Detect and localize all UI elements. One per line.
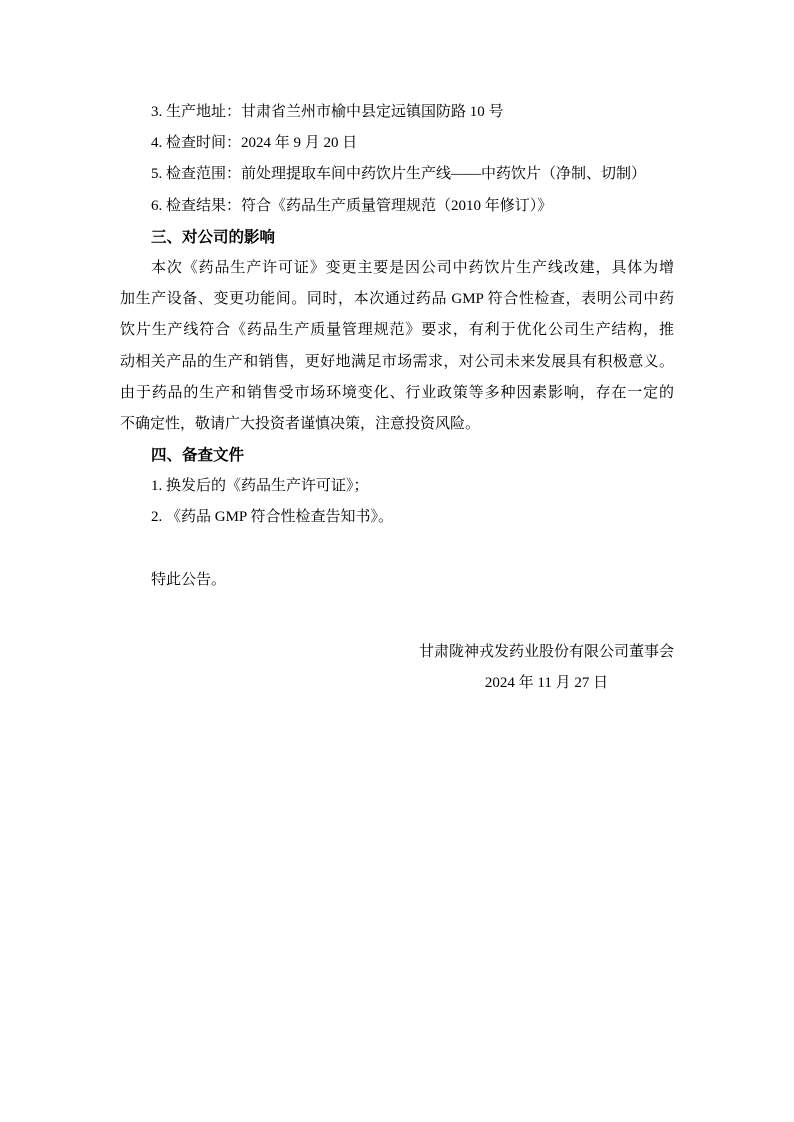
impact-paragraph-line-5: 由于药品的生产和销售受市场环境变化、行业政策等多种因素影响，存在一定的 xyxy=(120,378,674,409)
impact-paragraph-line-1: 本次《药品生产许可证》变更主要是因公司中药饮片生产线改建，具体为增 xyxy=(120,253,674,284)
impact-paragraph-line-2: 加生产设备、变更功能间。同时，本次通过药品 GMP 符合性检查，表明公司中药 xyxy=(120,284,674,315)
spacer-line xyxy=(120,596,674,627)
impact-paragraph-line-4: 动相关产品的生产和销售，更好地满足市场需求，对公司未来发展具有积极意义。 xyxy=(120,347,674,378)
inspection-item-3: 3. 生产地址：甘肃省兰州市榆中县定远镇国防路 10 号 xyxy=(120,97,674,128)
spacer-line xyxy=(120,534,674,565)
closing-statement: 特此公告。 xyxy=(120,565,674,596)
section-heading-impact: 三、对公司的影响 xyxy=(120,222,674,253)
inspection-item-5: 5. 检查范围：前处理提取车间中药饮片生产线——中药饮片（净制、切制） xyxy=(120,159,674,190)
inspection-item-4: 4. 检查时间：2024 年 9 月 20 日 xyxy=(120,128,674,159)
impact-paragraph-line-3: 饮片生产线符合《药品生产质量管理规范》要求，有利于优化公司生产结构，推 xyxy=(120,315,674,346)
impact-paragraph-line-6: 不确定性，敬请广大投资者谨慎决策，注意投资风险。 xyxy=(120,409,674,440)
reference-doc-item-2: 2. 《药品 GMP 符合性检查告知书》。 xyxy=(120,502,674,533)
section-heading-reference-docs: 四、备查文件 xyxy=(120,440,674,471)
announcement-page: 3. 生产地址：甘肃省兰州市榆中县定远镇国防路 10 号 4. 检查时间：202… xyxy=(0,0,794,1122)
reference-doc-item-1: 1. 换发后的《药品生产许可证》； xyxy=(120,471,674,502)
signature-company: 甘肃陇神戎发药业股份有限公司董事会 xyxy=(419,637,674,668)
signature-block: 甘肃陇神戎发药业股份有限公司董事会 2024 年 11 月 27 日 xyxy=(419,637,674,699)
signature-date: 2024 年 11 月 27 日 xyxy=(419,668,674,699)
inspection-item-6: 6. 检查结果：符合《药品生产质量管理规范（2010 年修订）》 xyxy=(120,191,674,222)
